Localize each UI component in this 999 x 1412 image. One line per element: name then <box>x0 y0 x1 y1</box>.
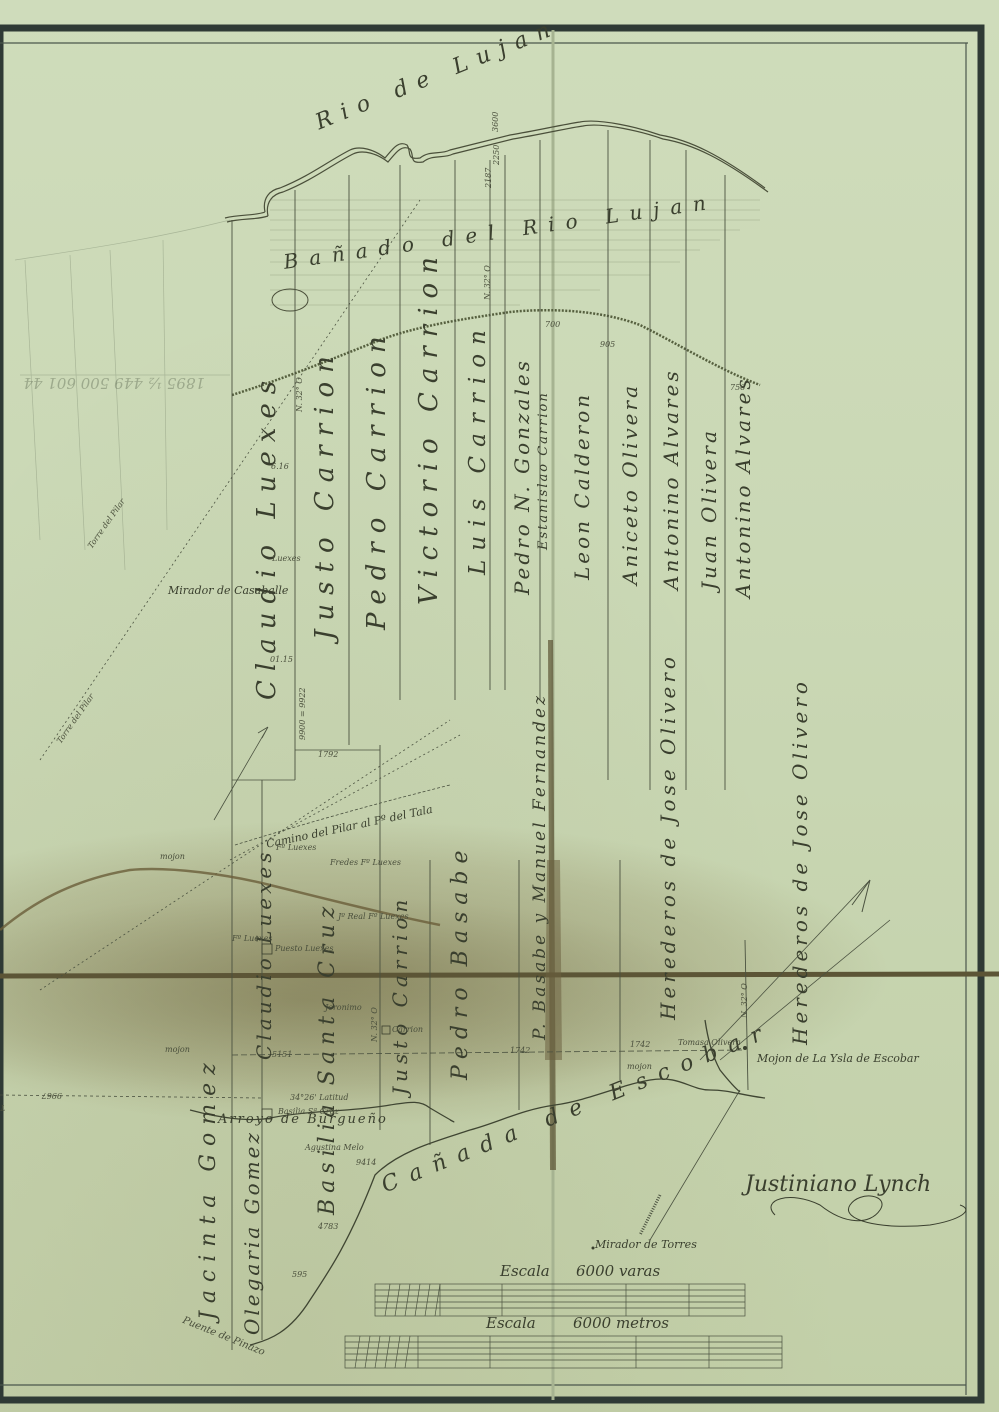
label-fc-luexes-2: Fº Luexes <box>232 934 272 943</box>
measure-label: 5151 <box>272 1050 292 1059</box>
scale-unit: 6000 varas <box>576 1262 660 1280</box>
measure-label: 2187 <box>484 168 493 188</box>
owner-label: Juan Olivera <box>697 428 721 590</box>
label-mojon-escobar: Mojon de La Ysla de Escobar <box>757 1053 919 1065</box>
label-basilia: Basilia Sª Cruz <box>278 1107 339 1116</box>
owner-label: Antonino Alvares <box>731 376 755 598</box>
label-latitud: 34°26' Latitud <box>290 1093 348 1102</box>
label-mirador-casaballe: Mirador de Casaballe <box>168 585 288 597</box>
owner-label: Herederos de Jose Olivero <box>788 678 812 1045</box>
label-agustina-melo: Agustina Melo <box>305 1143 364 1152</box>
owner-label: Pedro Carrion <box>362 327 392 630</box>
owner-label: Herederos de Jose Olivero <box>656 653 680 1020</box>
owner-label: Jacinta Gomez <box>196 1055 221 1320</box>
scale-label: Escala <box>500 1262 550 1280</box>
owner-label: Pedro N. Gonzales <box>510 358 534 595</box>
label-torre-pilar: Torre del Pilar <box>0 1103 5 1112</box>
label-mojon: mojon <box>160 852 185 861</box>
lagoon <box>272 289 308 311</box>
owner-label: P. Basabe y Manuel Fernandez <box>530 693 550 1040</box>
owner-label: Leon Calderon <box>570 392 594 580</box>
label-carrion-point: Carrion <box>392 1025 423 1034</box>
scale-unit: 6000 metros <box>573 1314 669 1332</box>
measure-label: 4783 <box>318 1222 338 1231</box>
surveyor-signature: Justiniano Lynch <box>745 1172 931 1197</box>
label-fc-luexes: Fº Luexes <box>276 843 316 852</box>
measure-label: 700 <box>545 320 560 329</box>
owner-label: Claudio Luexes <box>252 372 282 700</box>
pencil-numbers: 1895 ½ 449 500 601 44 <box>23 374 205 392</box>
owner-label: Victorio Carrion <box>414 248 444 605</box>
owner-label: Pedro Basabe <box>448 844 473 1080</box>
label-tomasa-olivera: Tomasa Olivera <box>678 1038 741 1047</box>
bearing-label: N. 32° O <box>370 1007 379 1042</box>
owner-label: Luis Carrion <box>465 321 491 575</box>
scale-label: Escala <box>486 1314 536 1332</box>
owner-label: Olegaria Gomez <box>240 1130 264 1335</box>
bearing-label: N. 32° O <box>483 265 492 300</box>
direction-arrows <box>214 727 268 820</box>
label-fredes-luexes: Fredes Fº Luexes <box>330 858 401 867</box>
pencil-sketch <box>15 220 230 570</box>
measure-label: 9967 <box>42 1091 62 1100</box>
map-linework <box>0 0 999 1412</box>
owner-label: Antonino Alvares <box>659 368 683 590</box>
measure-label: 1742 <box>510 1046 530 1055</box>
scale-bar-metros <box>345 1336 782 1368</box>
measure-label: 595 <box>292 1270 307 1279</box>
label-jeronimo: Jeronimo <box>325 1003 362 1012</box>
measure-label: 01.15 <box>270 655 293 664</box>
label-mojon: mojon <box>165 1045 190 1054</box>
measure-label: 6.16 <box>271 462 289 471</box>
measure-label: 905 <box>600 340 615 349</box>
owner-label: Justo Carrion <box>310 347 340 640</box>
owner-label: Claudio Luexes <box>252 849 276 1060</box>
measure-label: 3600 <box>491 112 500 132</box>
owner-label: Justo Carrion <box>388 895 412 1095</box>
label-luexes: Luexes <box>272 554 301 563</box>
scale-bar-varas <box>375 1284 745 1316</box>
signature-flourish <box>771 1196 966 1226</box>
measure-label: 1742 <box>630 1040 650 1049</box>
survey-map: Rio de Lujan Bañado del Rio Lujan Arroyo… <box>0 0 999 1412</box>
label-mojon: mojon <box>627 1062 652 1071</box>
measure-label: 9900 = 9922 <box>298 687 307 740</box>
measure-label: 9414 <box>356 1158 376 1167</box>
label-mirador-torres: Mirador de Torres <box>595 1238 697 1251</box>
label-j-real: Jº Real Fº Luexes <box>338 912 409 921</box>
bearing-label: N. 32° O <box>740 983 749 1018</box>
measure-label: 1792 <box>318 750 338 759</box>
measure-label: 756 <box>730 383 745 392</box>
bearing-label: N. 32° O <box>295 377 304 412</box>
owner-label: Estanislao Carrion <box>536 391 551 550</box>
measure-label: 2250 <box>492 145 501 165</box>
owner-label: Aniceto Olivera <box>618 383 642 585</box>
label-puesto-luexes: Puesto Luexes <box>275 944 334 953</box>
